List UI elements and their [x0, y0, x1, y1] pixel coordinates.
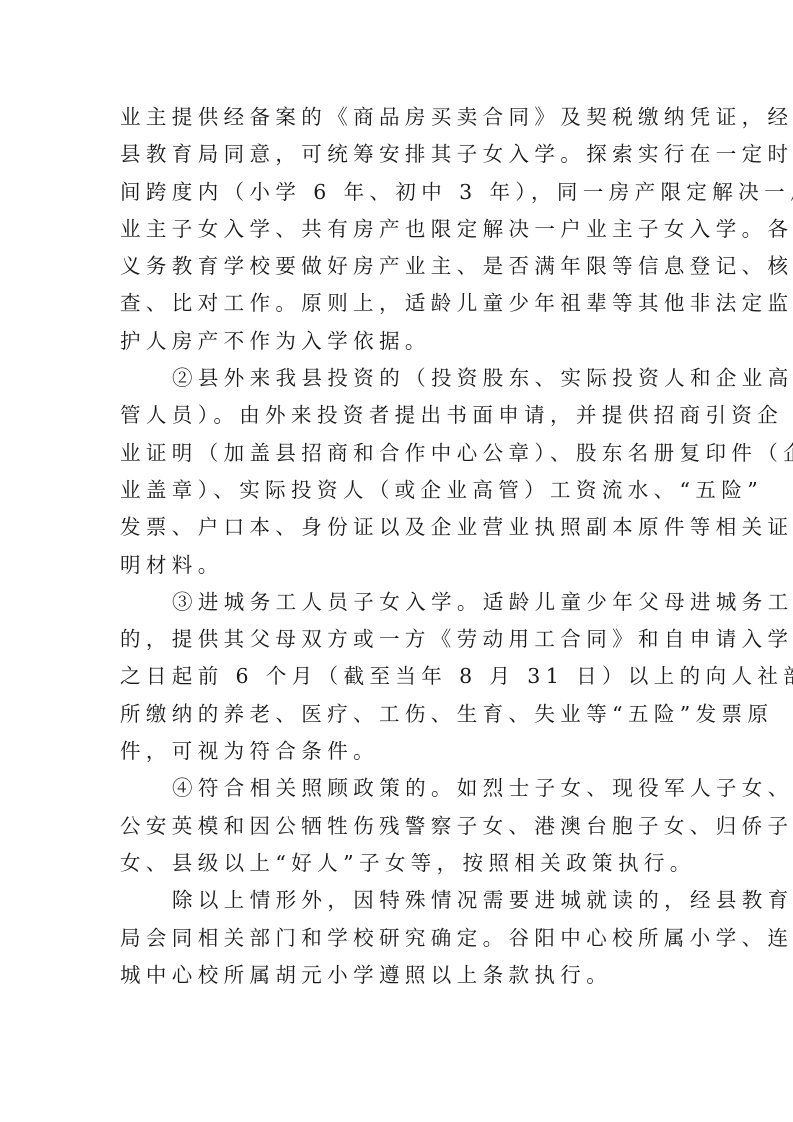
- text-line: 间跨度内（小学 6 年、初中 3 年），同一房产限定解决一户: [120, 174, 676, 211]
- text-line: ②县外来我县投资的（投资股东、实际投资人和企业高: [120, 360, 676, 397]
- text-line: 之日起前 6 个月（截至当年 8 月 31 日）以上的向人社部门: [120, 658, 676, 695]
- text-line: 公安英模和因公牺牲伤残警察子女、港澳台胞子女、归侨子: [120, 808, 676, 845]
- paragraph-housing-continued: 业主提供经备案的《商品房买卖合同》及契税缴纳凭证，经 县教育局同意，可统筹安排其…: [120, 99, 676, 360]
- text-line: 女、县级以上“好人”子女等，按照相关政策执行。: [120, 845, 676, 882]
- text-line: 查、比对工作。原则上，适龄儿童少年祖辈等其他非法定监: [120, 285, 676, 322]
- text-line: 管人员）。由外来投资者提出书面申请，并提供招商引资企: [120, 397, 676, 434]
- text-line: 义务教育学校要做好房产业主、是否满年限等信息登记、核: [120, 248, 676, 285]
- text-line: 业盖章）、实际投资人（或企业高管）工资流水、“五险”: [120, 472, 676, 509]
- text-line: 业主提供经备案的《商品房买卖合同》及契税缴纳凭证，经: [120, 99, 676, 136]
- text-line: 明材料。: [120, 547, 676, 584]
- text-line: 除以上情形外，因特殊情况需要进城就读的，经县教育: [120, 882, 676, 919]
- paragraph-investors: ②县外来我县投资的（投资股东、实际投资人和企业高 管人员）。由外来投资者提出书面…: [120, 360, 676, 584]
- text-line: ③进城务工人员子女入学。适龄儿童少年父母进城务工: [120, 584, 676, 621]
- text-line: 业证明（加盖县招商和合作中心公章）、股东名册复印件（企: [120, 435, 676, 472]
- text-line: 城中心校所属胡元小学遵照以上条款执行。: [120, 957, 676, 994]
- text-line: 的，提供其父母双方或一方《劳动用工合同》和自申请入学: [120, 621, 676, 658]
- text-line: 发票、户口本、身份证以及企业营业执照副本原件等相关证: [120, 509, 676, 546]
- text-line: 局会同相关部门和学校研究确定。谷阳中心校所属小学、连: [120, 920, 676, 957]
- paragraph-migrant-workers: ③进城务工人员子女入学。适龄儿童少年父母进城务工 的，提供其父母双方或一方《劳动…: [120, 584, 676, 770]
- text-line: ④符合相关照顾政策的。如烈士子女、现役军人子女、: [120, 770, 676, 807]
- text-line: 业主子女入学、共有房产也限定解决一户业主子女入学。各: [120, 211, 676, 248]
- paragraph-other-cases: 除以上情形外，因特殊情况需要进城就读的，经县教育 局会同相关部门和学校研究确定。…: [120, 882, 676, 994]
- paragraph-special-policies: ④符合相关照顾政策的。如烈士子女、现役军人子女、 公安英模和因公牺牲伤残警察子女…: [120, 770, 676, 882]
- document-page: 业主提供经备案的《商品房买卖合同》及契税缴纳凭证，经 县教育局同意，可统筹安排其…: [120, 99, 676, 994]
- text-line: 所缴纳的养老、医疗、工伤、生育、失业等“五险”发票原: [120, 696, 676, 733]
- text-line: 件，可视为符合条件。: [120, 733, 676, 770]
- text-line: 县教育局同意，可统筹安排其子女入学。探索实行在一定时: [120, 136, 676, 173]
- text-line: 护人房产不作为入学依据。: [120, 323, 676, 360]
